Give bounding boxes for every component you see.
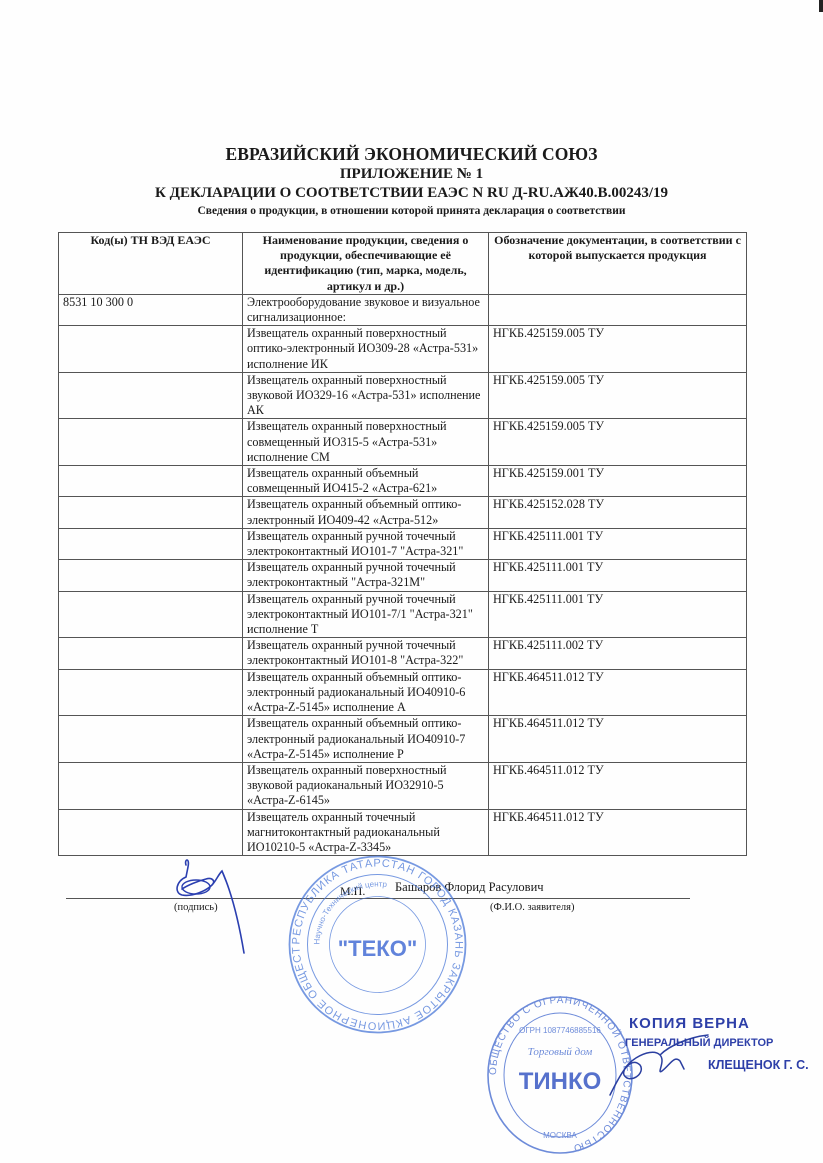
table-header-row: Код(ы) ТН ВЭД ЕАЭС Наименование продукци… [59, 233, 747, 295]
cell-code [59, 326, 243, 373]
cell-name: Извещатель охранный объемный оптико-элек… [243, 669, 489, 716]
cell-name: Извещатель охранный ручной точечный элек… [243, 591, 489, 638]
cell-code [59, 372, 243, 419]
cell-name: Извещатель охранный поверхностный звуков… [243, 762, 489, 809]
cell-code [59, 762, 243, 809]
column-header-doc: Обозначение документации, в соответствии… [489, 233, 747, 295]
cell-doc: НГКБ.425111.002 ТУ [489, 638, 747, 669]
cell-code [59, 528, 243, 559]
cell-doc: НГКБ.464511.012 ТУ [489, 809, 747, 856]
cell-doc: НГКБ.425111.001 ТУ [489, 560, 747, 591]
svg-text:"ТЕКО": "ТЕКО" [338, 936, 418, 961]
director-name: КЛЕЩЕНОК Г. С. [708, 1058, 809, 1072]
cell-doc: НГКБ.464511.012 ТУ [489, 716, 747, 763]
cell-code [59, 466, 243, 497]
cell-name: Извещатель охранный поверхностный звуков… [243, 372, 489, 419]
svg-text:Торговый дом: Торговый дом [528, 1046, 593, 1058]
cell-code [59, 638, 243, 669]
cell-name: Извещатель охранный поверхностный оптико… [243, 326, 489, 373]
cell-code [59, 669, 243, 716]
cell-name: Извещатель охранный объемный оптико-элек… [243, 716, 489, 763]
cell-code [59, 591, 243, 638]
cell-doc: НГКБ.425159.005 ТУ [489, 326, 747, 373]
svg-text:МОСКВА: МОСКВА [543, 1131, 577, 1140]
declaration-subtitle: Сведения о продукции, в отношении которо… [0, 204, 823, 219]
cell-doc: НГКБ.425159.001 ТУ [489, 466, 747, 497]
table-row: Извещатель охранный поверхностный оптико… [59, 326, 747, 373]
table-row: Извещатель охранный объемный оптико-элек… [59, 716, 747, 763]
svg-text:ТИНКО: ТИНКО [519, 1068, 602, 1095]
cell-name: Извещатель охранный поверхностный совмещ… [243, 419, 489, 466]
table-row: Извещатель охранный ручной точечный элек… [59, 591, 747, 638]
cell-name: Извещатель охранный точечный магнитоконт… [243, 809, 489, 856]
cell-name: Извещатель охранный ручной точечный элек… [243, 528, 489, 559]
table-row: Извещатель охранный ручной точечный элек… [59, 560, 747, 591]
cell-code [59, 560, 243, 591]
cell-code [59, 497, 243, 528]
appendix-title: ПРИЛОЖЕНИЕ № 1 [0, 165, 823, 184]
cell-code [59, 716, 243, 763]
table-row: Извещатель охранный поверхностный звуков… [59, 372, 747, 419]
document-page: ЕВРАЗИЙСКИЙ ЭКОНОМИЧЕСКИЙ СОЮЗ ПРИЛОЖЕНИ… [0, 0, 823, 1163]
table-row: Извещатель охранный объемный совмещенный… [59, 466, 747, 497]
table-row: Извещатель охранный объемный оптико-элек… [59, 669, 747, 716]
director-signature-icon [600, 1025, 710, 1105]
table-row: 8531 10 300 0 Электрооборудование звуков… [59, 294, 747, 325]
union-title: ЕВРАЗИЙСКИЙ ЭКОНОМИЧЕСКИЙ СОЮЗ [0, 143, 823, 165]
cell-name: Электрооборудование звуковое и визуально… [243, 294, 489, 325]
table-row: Извещатель охранный ручной точечный элек… [59, 638, 747, 669]
products-table: Код(ы) ТН ВЭД ЕАЭС Наименование продукци… [58, 232, 747, 856]
table-row: Извещатель охранный точечный магнитоконт… [59, 809, 747, 856]
column-header-code: Код(ы) ТН ВЭД ЕАЭС [59, 233, 243, 295]
cell-doc: НГКБ.425159.005 ТУ [489, 419, 747, 466]
document-header: ЕВРАЗИЙСКИЙ ЭКОНОМИЧЕСКИЙ СОЮЗ ПРИЛОЖЕНИ… [0, 143, 823, 219]
handwritten-signature-icon [172, 855, 262, 955]
cell-doc: НГКБ.464511.012 ТУ [489, 669, 747, 716]
cell-doc: НГКБ.464511.012 ТУ [489, 762, 747, 809]
cell-name: Извещатель охранный объемный оптико-элек… [243, 497, 489, 528]
cell-code: 8531 10 300 0 [59, 294, 243, 325]
cell-doc [489, 294, 747, 325]
table-row: Извещатель охранный поверхностный звуков… [59, 762, 747, 809]
name-caption: (Ф.И.О. заявителя) [490, 902, 575, 913]
cell-code [59, 419, 243, 466]
scan-corner-mark [819, 0, 823, 12]
declaration-title: К ДЕКЛАРАЦИИ О СООТВЕТСТВИИ ЕАЭС N RU Д-… [0, 184, 823, 203]
cell-doc: НГКБ.425159.005 ТУ [489, 372, 747, 419]
cell-name: Извещатель охранный ручной точечный элек… [243, 560, 489, 591]
cell-name: Извещатель охранный объемный совмещенный… [243, 466, 489, 497]
column-header-name: Наименование продукции, сведения о проду… [243, 233, 489, 295]
table-row: Извещатель охранный объемный оптико-элек… [59, 497, 747, 528]
svg-text:ОГРН 1087746885516: ОГРН 1087746885516 [519, 1026, 601, 1035]
cell-name: Извещатель охранный ручной точечный элек… [243, 638, 489, 669]
cell-code [59, 809, 243, 856]
teko-company-stamp-icon: РЕСПУБЛИКА ТАТАРСТАН ГОРОД КАЗАНЬ ЗАКРЫТ… [285, 852, 470, 1037]
table-row: Извещатель охранный ручной точечный элек… [59, 528, 747, 559]
table-row: Извещатель охранный поверхностный совмещ… [59, 419, 747, 466]
cell-doc: НГКБ.425111.001 ТУ [489, 591, 747, 638]
cell-doc: НГКБ.425152.028 ТУ [489, 497, 747, 528]
cell-doc: НГКБ.425111.001 ТУ [489, 528, 747, 559]
